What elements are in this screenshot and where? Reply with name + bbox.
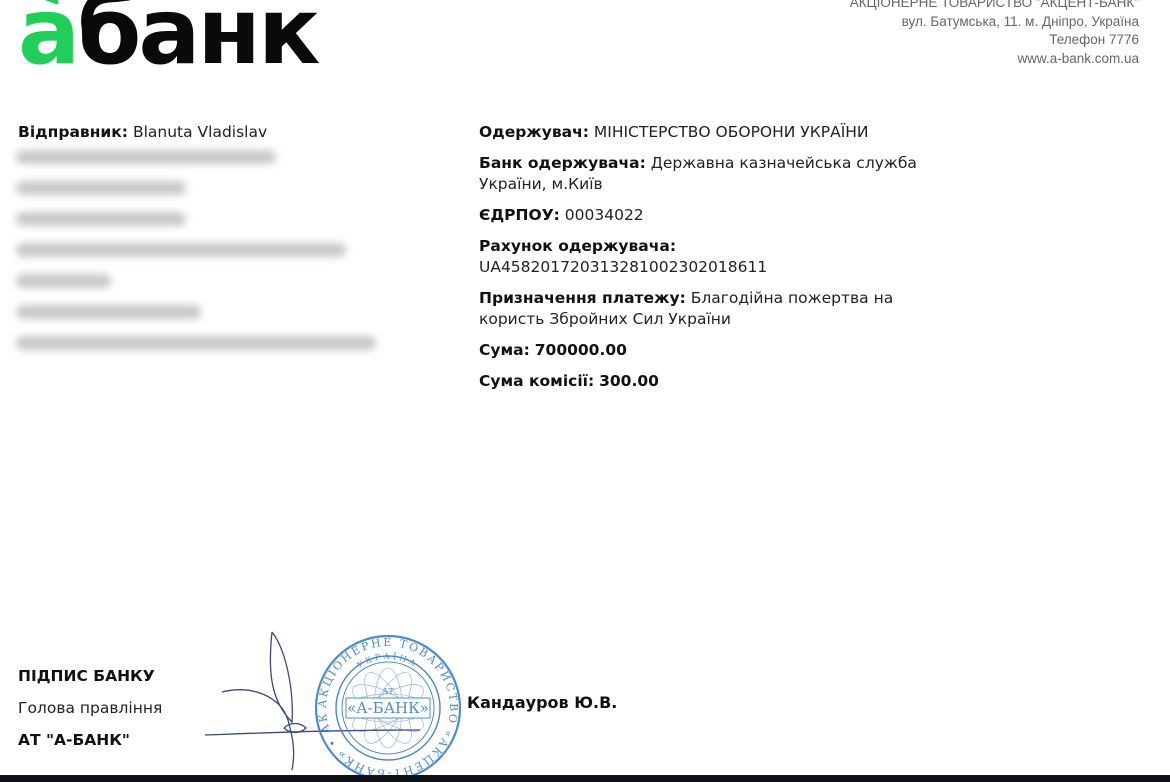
bank-info: АКЦІОНЕРНЕ ТОВАРИСТВО "АКЦЕНТ-БАНК" вул.… (850, 0, 1139, 68)
redacted-line (16, 305, 201, 319)
redacted-sender-details (16, 150, 376, 367)
field-value: 00034022 (565, 206, 644, 224)
redacted-line (16, 181, 186, 195)
field-label: Призначення платежу: (479, 289, 686, 307)
field-value: 700000.00 (535, 341, 627, 359)
logo-text: банк (77, 0, 317, 85)
field-label: Сума комісії: (479, 372, 594, 390)
bank-name: АКЦІОНЕРНЕ ТОВАРИСТВО "АКЦЕНТ-БАНК" (850, 0, 1139, 13)
sender-field: Відправник: Blanuta Vladislav (18, 122, 267, 143)
recipient-field: Призначення платежу: Благодійна пожертва… (479, 288, 959, 330)
redacted-line (16, 243, 346, 257)
recipient-field: Банк одержувача: Державна казначейська с… (479, 153, 959, 195)
field-label: Сума: (479, 341, 530, 359)
field-label: Банк одержувача: (479, 154, 646, 172)
field-value: МІНІСТЕРСТВО ОБОРОНИ УКРАЇНИ (594, 123, 869, 141)
signature-position: Голова правління (18, 692, 162, 724)
svg-text:«А-БАНК»: «А-БАНК» (347, 699, 429, 717)
bank-phone: Телефон 7776 (850, 31, 1139, 50)
redacted-line (16, 150, 276, 164)
signer-name: Кандауров Ю.В. (467, 693, 617, 712)
signature-and-stamp: АКЦІОНЕРНЕ ТОВАРИСТВО «АКЦЕНТ-БАНК» • АК… (200, 630, 470, 782)
field-value: 300.00 (599, 372, 659, 390)
recipient-field: Рахунок одержувача:UA4582017203132810023… (479, 236, 959, 278)
sender-label: Відправник: (18, 123, 128, 141)
sender-value: Blanuta Vladislav (133, 123, 267, 141)
field-label: Рахунок одержувача: (479, 237, 676, 255)
field-label: ЄДРПОУ: (479, 206, 560, 224)
redacted-line (16, 336, 376, 350)
bank-signature-block: ПІДПИС БАНКУ Голова правління АТ "А-БАНК… (18, 660, 162, 756)
redacted-line (16, 212, 186, 226)
bank-website: www.a-bank.com.ua (850, 50, 1139, 69)
svg-text:АТ: АТ (382, 687, 394, 696)
recipient-field: Сума: 700000.00 (479, 340, 959, 361)
recipient-field: Сума комісії: 300.00 (479, 371, 959, 392)
bank-address: вул. Батумська, 11. м. Дніпро, Україна (850, 13, 1139, 32)
field-label: Одержувач: (479, 123, 589, 141)
signature-organization: АТ "А-БАНК" (18, 724, 162, 756)
bottom-bar (0, 775, 1170, 782)
signature-title: ПІДПИС БАНКУ (18, 660, 162, 692)
redacted-line (16, 274, 111, 288)
logo-accent-letter: а (18, 0, 77, 85)
recipient-field: Одержувач: МІНІСТЕРСТВО ОБОРОНИ УКРАЇНИ (479, 122, 959, 143)
abank-logo: абанк (18, 0, 317, 78)
recipient-details: Одержувач: МІНІСТЕРСТВО ОБОРОНИ УКРАЇНИБ… (479, 122, 959, 402)
stamp-icon: АКЦІОНЕРНЕ ТОВАРИСТВО «АКЦЕНТ-БАНК» • АК… (200, 630, 470, 782)
field-value: UA458201720313281002302018611 (479, 258, 767, 276)
recipient-field: ЄДРПОУ: 00034022 (479, 205, 959, 226)
